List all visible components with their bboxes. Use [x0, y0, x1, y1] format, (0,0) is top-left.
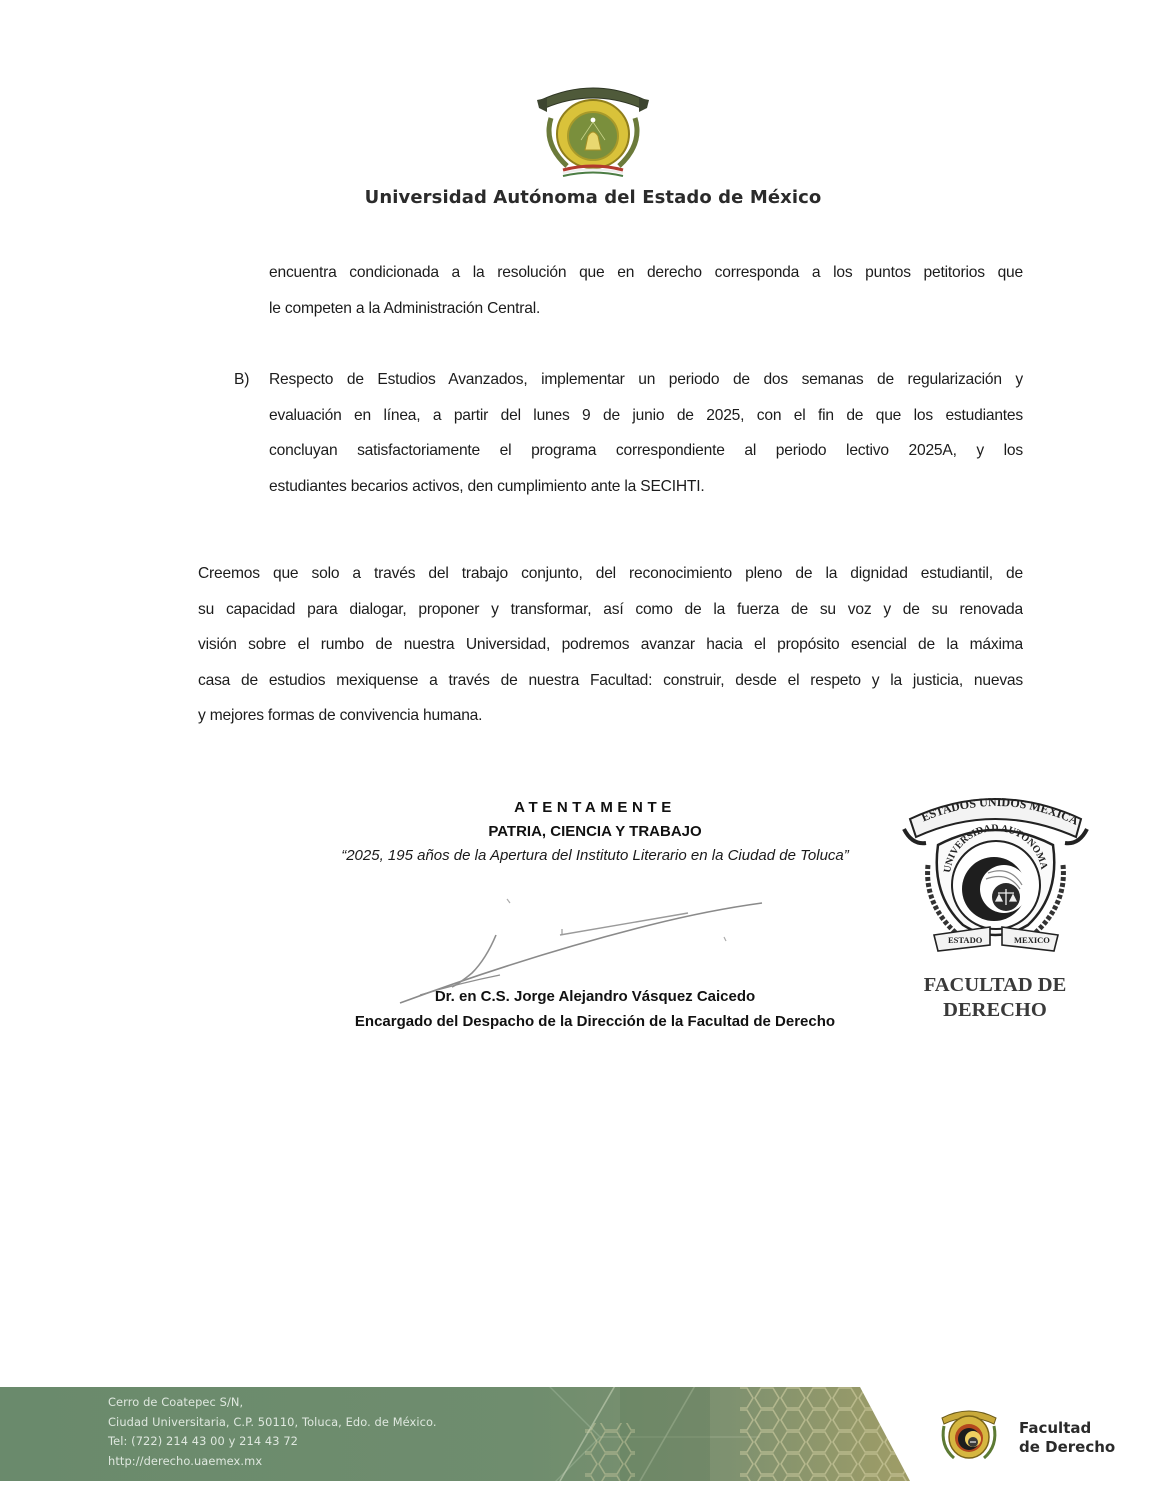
signer-name: Dr. en C.S. Jorge Alejandro Vásquez Caic…: [180, 988, 1010, 1005]
continuation-paragraph: encuentra condicionada a la resolución q…: [269, 255, 1023, 326]
list-marker-b: B): [234, 362, 249, 398]
footer-faculty-name: Facultad de Derecho: [1019, 1419, 1115, 1457]
footer-address-line: Ciudad Universitaria, C.P. 50110, Toluca…: [108, 1413, 437, 1433]
paragraph-line: Respecto de Estudios Avanzados, implemen…: [269, 362, 1023, 398]
paragraph-line: concluyan satisfactoriamente el programa…: [269, 433, 1023, 469]
closing-salutation: ATENTAMENTE: [180, 799, 1010, 816]
footer-address-line: Cerro de Coatepec S/N,: [108, 1393, 437, 1413]
closing-motto: PATRIA, CIENCIA Y TRABAJO: [180, 823, 1010, 840]
paragraph-line: casa de estudios mexiquense a través de …: [198, 663, 1023, 699]
closing-quote: “2025, 195 años de la Apertura del Insti…: [200, 847, 990, 864]
paragraph-line: estudiantes becarios activos, den cumpli…: [269, 469, 1023, 505]
uaem-coat-of-arms-icon: [533, 78, 653, 182]
svg-text:MEXICO: MEXICO: [1014, 935, 1050, 945]
paragraph-line: su capacidad para dialogar, proponer y t…: [198, 592, 1023, 628]
paragraph-line: Creemos que solo a través del trabajo co…: [198, 556, 1023, 592]
list-item-b: Respecto de Estudios Avanzados, implemen…: [269, 362, 1023, 504]
footer-address: Cerro de Coatepec S/N, Ciudad Universita…: [108, 1393, 437, 1471]
facultad-derecho-seal-icon: ESTADOS UNIDOS MEXICANOS UNIVERSIDAD AUT…: [898, 785, 1093, 960]
paragraph-line: evaluación en línea, a partir del lunes …: [269, 398, 1023, 434]
svg-text:ESTADO: ESTADO: [948, 935, 983, 945]
university-name: Universidad Autónoma del Estado de Méxic…: [0, 187, 1174, 208]
paragraph-line: y mejores formas de convivencia humana.: [198, 698, 1023, 734]
facultad-derecho-logo-icon: [938, 1406, 1000, 1462]
faculty-seal-label: FACULTAD DE DERECHO: [900, 973, 1090, 1023]
faculty-seal-label-line: FACULTAD DE: [900, 973, 1090, 998]
main-paragraph: Creemos que solo a través del trabajo co…: [198, 556, 1023, 734]
faculty-seal-label-line: DERECHO: [900, 998, 1090, 1023]
paragraph-line: visión sobre el rumbo de nuestra Univers…: [198, 627, 1023, 663]
footer-website-link[interactable]: http://derecho.uaemex.mx: [108, 1452, 437, 1472]
paragraph-line: le competen a la Administración Central.: [269, 291, 1023, 327]
signer-title: Encargado del Despacho de la Dirección d…: [180, 1013, 1010, 1030]
footer-faculty-name-line: Facultad: [1019, 1419, 1115, 1438]
footer-faculty-name-line: de Derecho: [1019, 1438, 1115, 1457]
paragraph-line: encuentra condicionada a la resolución q…: [269, 255, 1023, 291]
footer-phone: Tel: (722) 214 43 00 y 214 43 72: [108, 1432, 437, 1452]
